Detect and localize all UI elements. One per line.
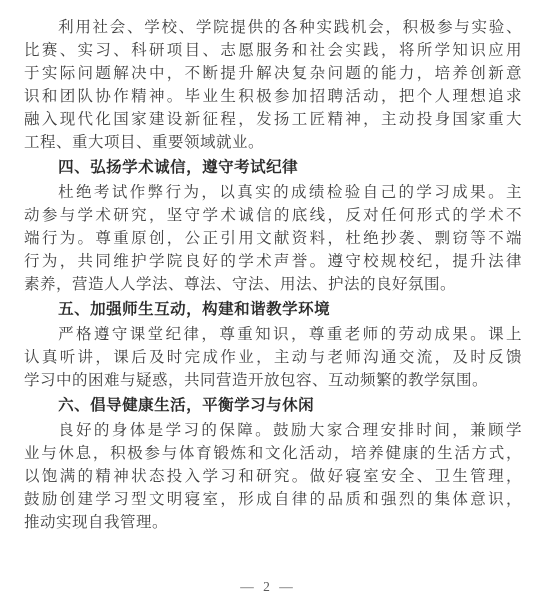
page-number: — 2 — <box>0 579 536 595</box>
paragraph-line: 行为，共同维护学院良好的学术声誉。遵守校规校纪，提升法律 <box>24 250 522 273</box>
paragraph-line: 素养，营造人人学法、尊法、守法、用法、护法的良好氛围。 <box>24 273 522 296</box>
paragraph-line: 融入现代化国家建设新征程，发扬工匠精神，主动投身国家重大 <box>24 108 522 131</box>
paragraph-line: 识和团队协作精神。毕业生积极参加招聘活动，把个人理想追求 <box>24 85 522 108</box>
paragraph-line: 动参与学术研究，坚守学术诚信的底线，反对任何形式的学术不 <box>24 204 522 227</box>
section-heading-4: 四、弘扬学术诚信，遵守考试纪律 <box>24 156 522 179</box>
paragraph-line: 鼓励创建学习型文明寝室，形成自律的品质和强烈的集体意识， <box>24 488 522 511</box>
paragraph-line: 比赛、实习、科研项目、志愿服务和社会实践，将所学知识应用 <box>24 39 522 62</box>
paragraph-line: 端行为。尊重原创，公正引用文献资料，杜绝抄袭、剽窃等不端 <box>24 227 522 250</box>
section-heading-5: 五、加强师生互动，构建和谐教学环境 <box>24 298 522 321</box>
paragraph-line: 严格遵守课堂纪律，尊重知识，尊重老师的劳动成果。课上 <box>24 323 522 346</box>
section-heading-6: 六、倡导健康生活，平衡学习与休闲 <box>24 394 522 417</box>
paragraph-line: 认真听讲，课后及时完成作业，主动与老师沟通交流，及时反馈 <box>24 346 522 369</box>
paragraph-line: 利用社会、学校、学院提供的各种实践机会，积极参与实验、 <box>24 16 522 39</box>
paragraph-line: 推动实现自我管理。 <box>24 511 522 534</box>
paragraph-line: 以饱满的精神状态投入学习和研究。做好寝室安全、卫生管理， <box>24 465 522 488</box>
paragraph-line: 良好的身体是学习的保障。鼓励大家合理安排时间，兼顾学 <box>24 419 522 442</box>
paragraph-line: 杜绝考试作弊行为，以真实的成绩检验自己的学习成果。主 <box>24 181 522 204</box>
paragraph-line: 业与休息，积极参与体育锻炼和文化活动，培养健康的生活方式， <box>24 442 522 465</box>
paragraph-line: 学习中的困难与疑惑，共同营造开放包容、互动频繁的教学氛围。 <box>24 369 522 392</box>
document-body: 利用社会、学校、学院提供的各种实践机会，积极参与实验、 比赛、实习、科研项目、志… <box>0 0 536 534</box>
paragraph-line: 于实际问题解决中，不断提升解决复杂问题的能力，培养创新意 <box>24 62 522 85</box>
paragraph-line: 工程、重大项目、重要领域就业。 <box>24 131 522 154</box>
document-page: 利用社会、学校、学院提供的各种实践机会，积极参与实验、 比赛、实习、科研项目、志… <box>0 0 536 609</box>
